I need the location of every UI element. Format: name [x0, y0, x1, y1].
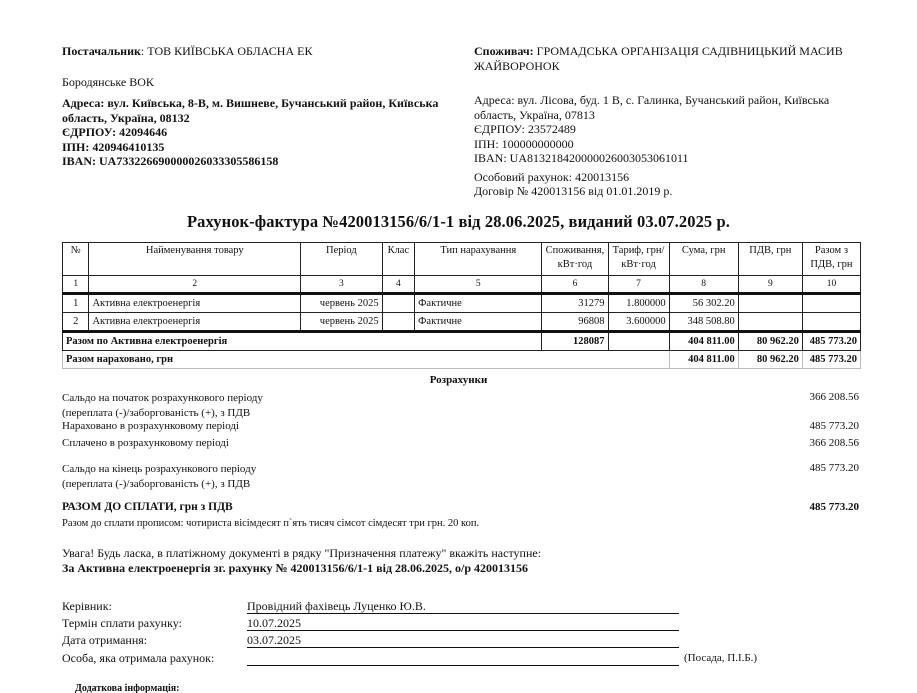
cell-no: 2: [63, 313, 89, 332]
cell-tariff: 1.800000: [608, 294, 669, 313]
supplier-block: Постачальник: ТОВ КИЇВСЬКА ОБЛАСНА ЕК Бо…: [62, 44, 462, 169]
cell-period: червень 2025: [301, 294, 382, 313]
consumer-edrpou: ЄДРПОУ: 23572489: [474, 122, 884, 137]
due-date-label: Термін сплати рахунку:: [62, 616, 182, 631]
subtotal-tariff: [608, 332, 669, 351]
closing-balance-label: Сальдо на кінець розрахункового періоду …: [62, 462, 256, 491]
col-header-class: Клас: [382, 243, 415, 276]
col-header-sum: Сума, грн: [669, 243, 738, 276]
cell-name: Активна електроенергія: [89, 294, 301, 313]
opening-balance-label: Сальдо на початок розрахункового періоду…: [62, 391, 263, 420]
charged-label: Нараховано в розрахунковому періоді: [62, 420, 239, 434]
manager-value: Провідний фахівець Луценко Ю.В.: [247, 599, 679, 614]
consumer-account: Особовий рахунок: 420013156: [474, 170, 884, 185]
col-number: 3: [301, 276, 382, 294]
consumer-name-2: ЖАЙВОРОНОК: [474, 59, 884, 74]
supplier-address-2: область, Україна, 08132: [62, 111, 462, 126]
opening-balance-label-1: Сальдо на початок розрахункового періоду: [62, 391, 263, 406]
col-header-consumption: Споживання, кВт·год: [542, 243, 608, 276]
consumer-iban: IBAN: UA813218420000026003053061011: [474, 151, 884, 166]
supplier-branch: Бородянське ВОК: [62, 75, 462, 90]
subtotal-consumption: 128087: [542, 332, 608, 351]
supplier-address-1: Адреса: вул. Київська, 8-В, м. Вишневе, …: [62, 96, 462, 111]
supplier-name: ТОВ КИЇВСЬКА ОБЛАСНА ЕК: [147, 44, 312, 58]
cell-period: червень 2025: [301, 313, 382, 332]
consumer-address-2: область, Україна, 07813: [474, 108, 884, 123]
cell-tariff: 3.600000: [608, 313, 669, 332]
closing-balance-label-2: (переплата (-)/заборгованість (+), з ПДВ: [62, 477, 256, 492]
invoice-table: № Найменування товару Період Клас Тип на…: [62, 242, 861, 369]
cell-sum: 56 302.20: [669, 294, 738, 313]
cell-class: [382, 313, 415, 332]
extra-info-label: Додаткова інформація:: [75, 682, 179, 693]
to-pay-value: 485 773.20: [810, 501, 860, 513]
grand-total-total: 485 773.20: [802, 351, 860, 369]
col-number: 4: [382, 276, 415, 294]
col-header-total: Разом з ПДВ, грн: [802, 243, 860, 276]
col-number: 7: [608, 276, 669, 294]
payment-note: Увага! Будь ласка, в платіжному документ…: [62, 546, 541, 575]
cell-total: [802, 294, 860, 313]
supplier-name-line: Постачальник: ТОВ КИЇВСЬКА ОБЛАСНА ЕК: [62, 44, 462, 59]
consumer-block: Споживач: ГРОМАДСЬКА ОРГАНІЗАЦІЯ САДІВНИ…: [474, 44, 884, 199]
subtotal-row: Разом по Активна електроенергія 128087 4…: [63, 332, 861, 351]
consumer-account-info: Особовий рахунок: 420013156 Договір № 42…: [474, 170, 884, 199]
cell-total: [802, 313, 860, 332]
supplier-label: Постачальник: [62, 44, 141, 58]
recipient-field: [247, 651, 679, 666]
col-header-vat: ПДВ, грн: [738, 243, 802, 276]
table-row: 2 Активна електроенергія червень 2025 Фа…: [63, 313, 861, 332]
manager-label: Керівник:: [62, 599, 112, 614]
col-header-type: Тип нарахування: [415, 243, 542, 276]
cell-consumption: 31279: [542, 294, 608, 313]
recipient-label: Особа, яка отримала рахунок:: [62, 651, 214, 666]
charged-value: 485 773.20: [810, 420, 860, 432]
col-number: 5: [415, 276, 542, 294]
cell-name: Активна електроенергія: [89, 313, 301, 332]
payment-purpose: За Активна електроенергія зг. рахунку № …: [62, 561, 541, 576]
col-header-period: Період: [301, 243, 382, 276]
invoice-title: Рахунок-фактура №420013156/6/1-1 від 28.…: [0, 212, 917, 232]
col-header-name: Найменування товару: [89, 243, 301, 276]
closing-balance-value: 485 773.20: [810, 462, 860, 474]
grand-total-vat: 80 962.20: [738, 351, 802, 369]
col-number: 9: [738, 276, 802, 294]
supplier-edrpou: ЄДРПОУ: 42094646: [62, 125, 462, 140]
consumer-details: Адреса: вул. Лісова, буд. 1 В, с. Галинк…: [474, 93, 884, 166]
subtotal-vat: 80 962.20: [738, 332, 802, 351]
supplier-ipn: ІПН: 420946410135: [62, 140, 462, 155]
col-number: 8: [669, 276, 738, 294]
to-pay-label: РАЗОМ ДО СПЛАТИ, грн з ПДВ: [62, 501, 233, 515]
supplier-details: Адреса: вул. Київська, 8-В, м. Вишневе, …: [62, 96, 462, 169]
consumer-address-1: Адреса: вул. Лісова, буд. 1 В, с. Галинк…: [474, 93, 884, 108]
col-number: 1: [63, 276, 89, 294]
table-header-row: № Найменування товару Період Клас Тип на…: [63, 243, 861, 276]
cell-vat: [738, 313, 802, 332]
payment-note-line-1: Увага! Будь ласка, в платіжному документ…: [62, 546, 541, 561]
cell-no: 1: [63, 294, 89, 313]
recipient-hint: (Посада, П.І.Б.): [684, 651, 757, 666]
paid-label: Сплачено в розрахунковому періоді: [62, 437, 229, 451]
grand-total-sum: 404 811.00: [669, 351, 738, 369]
cell-class: [382, 294, 415, 313]
cell-type: Фактичне: [415, 294, 542, 313]
supplier-iban: IBAN: UA733226690000026033305586158: [62, 154, 462, 169]
opening-balance-label-2: (переплата (-)/заборгованість (+), з ПДВ: [62, 406, 263, 421]
column-numbers-row: 1 2 3 4 5 6 7 8 9 10: [63, 276, 861, 294]
subtotal-label: Разом по Активна електроенергія: [63, 332, 542, 351]
consumer-name-1: ГРОМАДСЬКА ОРГАНІЗАЦІЯ САДІВНИЦЬКИЙ МАСИ…: [537, 44, 843, 58]
col-number: 2: [89, 276, 301, 294]
cell-vat: [738, 294, 802, 313]
closing-balance-label-1: Сальдо на кінець розрахункового періоду: [62, 462, 256, 477]
received-date-value: 03.07.2025: [247, 633, 679, 648]
col-number: 10: [802, 276, 860, 294]
received-date-label: Дата отримання:: [62, 633, 147, 648]
to-pay-words: Разом до сплати прописом: чотириста вісі…: [62, 517, 479, 531]
subtotal-total: 485 773.20: [802, 332, 860, 351]
calculations-title: Розрахунки: [0, 374, 917, 386]
cell-sum: 348 508.80: [669, 313, 738, 332]
consumer-label: Споживач:: [474, 44, 534, 58]
grand-total-label: Разом нараховано, грн: [63, 351, 670, 369]
col-header-no: №: [63, 243, 89, 276]
grand-total-row: Разом нараховано, грн 404 811.00 80 962.…: [63, 351, 861, 369]
table-row: 1 Активна електроенергія червень 2025 Фа…: [63, 294, 861, 313]
col-number: 6: [542, 276, 608, 294]
paid-value: 366 208.56: [810, 437, 860, 449]
opening-balance-value: 366 208.56: [810, 391, 860, 403]
consumer-contract: Договір № 420013156 від 01.01.2019 р.: [474, 184, 884, 199]
cell-consumption: 96808: [542, 313, 608, 332]
consumer-name-line: Споживач: ГРОМАДСЬКА ОРГАНІЗАЦІЯ САДІВНИ…: [474, 44, 884, 59]
col-header-tariff: Тариф, грн/кВт·год: [608, 243, 669, 276]
due-date-value: 10.07.2025: [247, 616, 679, 631]
consumer-ipn: ІПН: 100000000000: [474, 137, 884, 152]
cell-type: Фактичне: [415, 313, 542, 332]
subtotal-sum: 404 811.00: [669, 332, 738, 351]
